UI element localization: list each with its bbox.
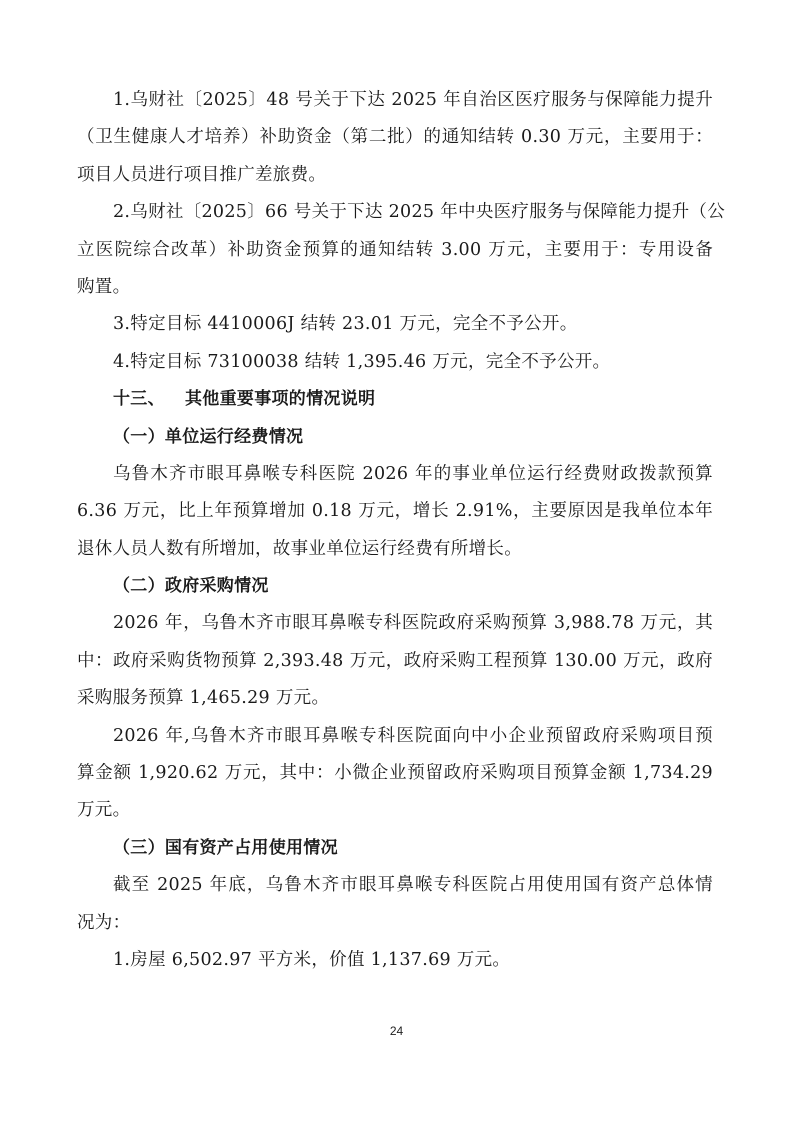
paragraph: 乌鲁木齐市眼耳鼻喉专科医院 2026 年的事业单位运行经费财政拨款预算 6.36… [77, 456, 713, 568]
subsection-title: （一）单位运行经费情况 [77, 419, 713, 456]
text-line: 1.乌财社〔2025〕48 号关于下达 2025 年自治区医疗服务与保障能力提升 [77, 82, 713, 119]
text-line: 购置。 [77, 269, 713, 306]
paragraph: 2026 年，乌鲁木齐市眼耳鼻喉专科医院政府采购预算 3,988.78 万元，其… [77, 605, 713, 717]
subsection-government-procurement: （二）政府采购情况 2026 年，乌鲁木齐市眼耳鼻喉专科医院政府采购预算 3,9… [77, 568, 713, 830]
section-heading: 十三、其他重要事项的情况说明 [77, 381, 713, 418]
paragraph-item-3: 3.特定目标 4410006J 结转 23.01 万元，完全不予公开。 [77, 306, 713, 343]
section-title: 其他重要事项的情况说明 [185, 389, 375, 409]
text-line: 2026 年，乌鲁木齐市眼耳鼻喉专科医院政府采购预算 3,988.78 万元，其 [77, 605, 713, 642]
text-line: 6.36 万元，比上年预算增加 0.18 万元，增长 2.91%，主要原因是我单… [77, 493, 713, 530]
text-line: 乌鲁木齐市眼耳鼻喉专科医院 2026 年的事业单位运行经费财政拨款预算 [77, 456, 713, 493]
subsection-title: （三）国有资产占用使用情况 [77, 830, 713, 867]
paragraph-item-2: 2.乌财社〔2025〕66 号关于下达 2025 年中央医疗服务与保障能力提升（… [77, 194, 713, 306]
text-line: 1.房屋 6,502.97 平方米，价值 1,137.69 万元。 [77, 942, 713, 979]
subsection-operating-funds: （一）单位运行经费情况 乌鲁木齐市眼耳鼻喉专科医院 2026 年的事业单位运行经… [77, 419, 713, 569]
paragraph: 2026 年,乌鲁木齐市眼耳鼻喉专科医院面向中小企业预留政府采购项目预 算金额 … [77, 718, 713, 830]
text-line: 采购服务预算 1,465.29 万元。 [77, 680, 713, 717]
paragraph: 1.房屋 6,502.97 平方米，价值 1,137.69 万元。 [77, 942, 713, 979]
text-line: 立医院综合改革）补助资金预算的通知结转 3.00 万元，主要用于：专用设备 [77, 232, 713, 269]
paragraph-item-4: 4.特定目标 73100038 结转 1,395.46 万元，完全不予公开。 [77, 344, 713, 381]
section-number: 十三、 [113, 381, 185, 418]
text-line: 4.特定目标 73100038 结转 1,395.46 万元，完全不予公开。 [77, 344, 713, 381]
text-line: 项目人员进行项目推广差旅费。 [77, 157, 713, 194]
text-line: 2.乌财社〔2025〕66 号关于下达 2025 年中央医疗服务与保障能力提升（… [77, 194, 713, 231]
text-line: （卫生健康人才培养）补助资金（第二批）的通知结转 0.30 万元，主要用于： [77, 119, 713, 156]
subsection-state-assets: （三）国有资产占用使用情况 截至 2025 年底，乌鲁木齐市眼耳鼻喉专科医院占用… [77, 830, 713, 980]
text-line: 中：政府采购货物预算 2,393.48 万元，政府采购工程预算 130.00 万… [77, 643, 713, 680]
document-page-body: 1.乌财社〔2025〕48 号关于下达 2025 年自治区医疗服务与保障能力提升… [77, 82, 713, 979]
subsection-title: （二）政府采购情况 [77, 568, 713, 605]
text-line: 截至 2025 年底，乌鲁木齐市眼耳鼻喉专科医院占用使用国有资产总体情 [77, 867, 713, 904]
text-line: 退休人员人数有所增加，故事业单位运行经费有所增长。 [77, 531, 713, 568]
text-line: 况为： [77, 905, 713, 942]
page-number: 24 [0, 1024, 793, 1038]
text-line: 万元。 [77, 792, 713, 829]
text-line: 2026 年,乌鲁木齐市眼耳鼻喉专科医院面向中小企业预留政府采购项目预 [77, 718, 713, 755]
paragraph: 截至 2025 年底，乌鲁木齐市眼耳鼻喉专科医院占用使用国有资产总体情 况为： [77, 867, 713, 942]
text-line: 算金额 1,920.62 万元，其中：小微企业预留政府采购项目预算金额 1,73… [77, 755, 713, 792]
text-line: 3.特定目标 4410006J 结转 23.01 万元，完全不予公开。 [77, 306, 713, 343]
paragraph-item-1: 1.乌财社〔2025〕48 号关于下达 2025 年自治区医疗服务与保障能力提升… [77, 82, 713, 194]
